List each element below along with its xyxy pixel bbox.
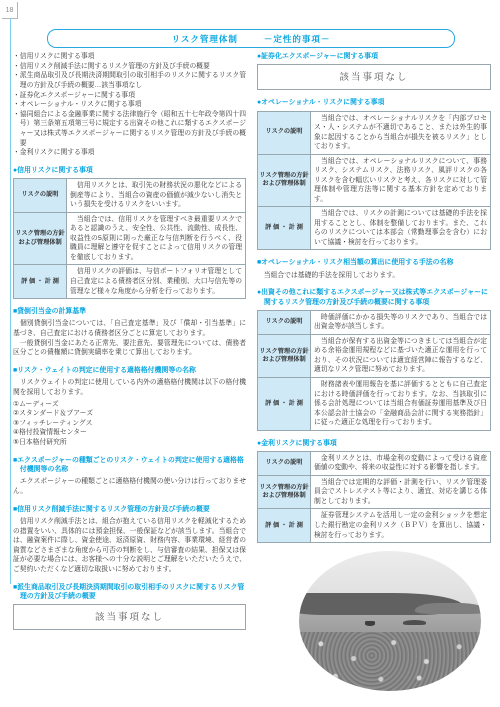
rating-by-type-body: エクスポージャーの種類ごとに適格格付機関の使い分けは行っておりません。 (13, 477, 246, 496)
table-row: リスク管理の方針 および管理体制 当組合が保有する出資金等につきましては当組合が… (258, 334, 491, 377)
rating-agency-list: ①ムーディーズ ②スタンダード＆プアーズ ③フィッチレーティングス ④格付投資情… (13, 400, 246, 448)
table-row: リスクの説明 時価評価にかかる損失等のリスクであり、当組合では出資金等が該当しま… (258, 310, 491, 334)
section-heading-mitigation: ■信用リスク削減手法に関するリスク管理の方針及び手続の概要 (13, 505, 246, 514)
table-row: 評 価 ・ 計 測 財務諸表や運用報告を基に評価するとともに自己査定における時価… (258, 378, 491, 431)
toc-list: ・信用リスクに関する事項 ・信用リスク削減手法に関するリスク管理の方針及び手続の… (13, 52, 246, 158)
toc-item: ・オペレーショナル・リスクに関する事項 (13, 100, 246, 110)
row-label-risk-policy: リスク管理の方針 および管理体制 (258, 154, 311, 207)
row-text: 信用リスクの評価は、与信ポートフォリオ管理として自己査定による債務者区分別、業種… (67, 265, 246, 299)
left-column: ・信用リスクに関する事項 ・信用リスク削減手法に関するリスク管理の方針及び手続の… (13, 52, 246, 634)
mitigation-body: 信用リスク削減手法とは、組合が抱えている信用リスクを軽減化するための措置をいい、… (13, 517, 246, 575)
table-row: リスク管理の方針 および管理体制 当組合では定期的な評価・計測を行い、リスク管理… (258, 475, 491, 509)
row-text: 当組合では、リスクの計測については基礎的手法を採用することとし、体制を整備してお… (311, 207, 491, 250)
section-heading-derivatives: ■派生商品取引及び長期決済期間取引の取引相手のリスクに関するリスク管理の方針及び… (13, 583, 246, 602)
allowance-body: 個別貸倒引当金については、「自己査定基準」及び「償却・引当基準」に基づき、自己査… (13, 319, 246, 358)
toc-item: ・協同組合による金融事業に関する法律施行令（昭和五十七年政令第四十四号）第三条第… (13, 110, 246, 149)
row-text: 金利リスクとは、市場金利の変動によって受ける資産価値の変動や、将来の収益性に対す… (311, 451, 491, 475)
row-text: 信用リスクとは、取引先の財務状況の悪化などによる倒産等により、当組合の資産の価値… (67, 179, 246, 213)
op-method-body: 当組合では基礎的手法を採用しております。 (257, 271, 491, 281)
row-label-risk-eval: 評 価 ・ 計 測 (14, 265, 67, 299)
table-row: リスクの説明 金利リスクとは、市場金利の変動によって受ける資産価値の変動や、将来… (258, 451, 491, 475)
section-heading-credit-risk: ●信用リスクに関する事項 (13, 166, 246, 175)
row-label-risk-policy: リスク管理の方針 および管理体制 (14, 212, 67, 265)
row-label-risk-desc: リスクの説明 (14, 179, 67, 213)
row-label-risk-policy: リスク管理の方針 および管理体制 (258, 334, 311, 377)
rating-agency-item: ②スタンダード＆プアーズ (13, 409, 246, 419)
securitization-na-box: 該当事項なし (257, 64, 491, 90)
equity-exposure-table: リスクの説明 時価評価にかかる損失等のリスクであり、当組合では出資金等が該当しま… (257, 310, 491, 431)
page-title: リスク管理体制 (172, 33, 238, 45)
section-heading-operational-risk: ●オペレーショナル・リスクに関する事項 (257, 98, 491, 107)
toc-item: ・信用リスクに関する事項 (13, 52, 246, 62)
table-row: リスク管理の方針 および管理体制 当組合では、オペレーショナルリスクについて、事… (258, 154, 491, 207)
row-text: 当組合では定期的な評価・計測を行い、リスク管理委員会でストレステスト等により、適… (311, 475, 491, 509)
operational-risk-table: リスクの説明 当組合では、オペレーショナルリスクを「内部プロセス・人・システムが… (257, 111, 491, 251)
left-margin-rule (10, 18, 11, 584)
rating-agency-item: ④格付投資情報センター (13, 428, 246, 438)
right-column: ●証券化エクスポージャーに関する事項 該当事項なし ●オペレーショナル・リスクに… (257, 52, 491, 545)
row-label-risk-desc: リスクの説明 (258, 111, 311, 154)
section-heading-equity-exposure: ●出資その他これに類するエクスポージャー又は株式等エクスポージャーに関するリスク… (257, 288, 491, 307)
credit-risk-table: リスクの説明 信用リスクとは、取引先の財務状況の悪化などによる倒産等により、当組… (13, 178, 246, 299)
row-text: 当組合では、信用リスクを管理すべき最重要リスクであると認識のうえ、安全性、公共性… (67, 212, 246, 265)
toc-item: ・派生商品取引及び長期決済期間取引の取引相手のリスクに関するリスク管理の方針及び… (13, 71, 246, 90)
table-row: 評 価 ・ 計 測 信用リスクの評価は、与信ポートフォリオ管理として自己査定によ… (14, 265, 246, 299)
section-heading-allowance: ■貸倒引当金の計算基準 (13, 307, 246, 316)
table-row: リスク管理の方針 および管理体制 当組合では、信用リスクを管理すべき最重要リスク… (14, 212, 246, 265)
row-text: 当組合では、オペレーショナルリスクについて、事務リスク、システムリスク、法務リス… (311, 154, 491, 207)
row-label-risk-eval: 評 価 ・ 計 測 (258, 207, 311, 250)
toc-item: ・信用リスク削減手法に関するリスク管理の方針及び手続の概要 (13, 62, 246, 72)
section-heading-rating-agencies: ■リスク・ウェイトの判定に使用する適格格付機関等の名称 (13, 366, 246, 375)
row-label-risk-eval: 評 価 ・ 計 測 (258, 378, 311, 431)
table-row: リスクの説明 信用リスクとは、取引先の財務状況の悪化などによる倒産等により、当組… (14, 179, 246, 213)
na-label: 該当事項なし (339, 71, 408, 84)
row-text: 時価評価にかかる損失等のリスクであり、当組合では出資金等が該当します。 (311, 310, 491, 334)
table-row: 評 価 ・ 計 測 証券管理システムを活用し一定の金利ショックを想定した銀行勘定… (258, 509, 491, 543)
photo-islet (403, 620, 427, 626)
table-row: 評 価 ・ 計 測 当組合では、リスクの計測については基礎的手法を採用することと… (258, 207, 491, 250)
toc-item: ・証券化エクスポージャーに関する事項 (13, 91, 246, 101)
row-label-risk-desc: リスクの説明 (258, 310, 311, 334)
photo-boat (365, 621, 376, 626)
row-text: 当組合では、オペレーショナルリスクを「内部プロセス・人・システムが不適切であるこ… (311, 111, 491, 154)
section-heading-rating-by-type: ■エクスポージャーの種類ごとのリスク・ウェイトの判定に使用する適格格付機関等の名… (13, 456, 246, 475)
na-label: 該当事項なし (95, 611, 164, 624)
interest-risk-table: リスクの説明 金利リスクとは、市場金利の変動によって受ける資産価値の変動や、将来… (257, 451, 491, 543)
rating-body: リスクウェイトの判定に使用している内外の適格格付機関は以下の格付機関を採用してお… (13, 378, 246, 397)
toc-item: ・金利リスクに関する事項 (13, 148, 246, 158)
row-label-risk-desc: リスクの説明 (258, 451, 311, 475)
page-subtitle: －定性的事項－ (264, 33, 331, 45)
document-page: 18 リスク管理体制 －定性的事項－ ・信用リスクに関する事項 ・信用リスク削減… (0, 0, 500, 707)
row-label-risk-policy: リスク管理の方針 および管理体制 (258, 475, 311, 509)
rating-agency-item: ③フィッチレーティングス (13, 419, 246, 429)
section-heading-securitization: ●証券化エクスポージャーに関する事項 (257, 52, 491, 61)
derivatives-na-box: 該当事項なし (13, 604, 246, 630)
page-header-bar: リスク管理体制 －定性的事項－ (47, 29, 455, 48)
row-label-risk-eval: 評 価 ・ 計 測 (258, 509, 311, 543)
coastal-landscape-photo (299, 551, 481, 691)
page-number: 18 (2, 2, 18, 19)
section-heading-op-method: ■オペレーショナル・リスク相当額の算出に使用する手法の名称 (257, 258, 491, 267)
row-text: 証券管理システムを活用し一定の金利ショックを想定した銀行勘定の金利リスク（ＢＰＶ… (311, 509, 491, 543)
row-text: 当組合が保有する出資金等につきましては当組合が定める余裕金運用規程などに基づいた… (311, 334, 491, 377)
table-row: リスクの説明 当組合では、オペレーショナルリスクを「内部プロセス・人・システムが… (258, 111, 491, 154)
photo-far-headland (415, 603, 481, 614)
rating-agency-item: ⑤日本格付研究所 (13, 438, 246, 448)
section-heading-interest-risk: ●金利リスクに関する事項 (257, 439, 491, 448)
rating-agency-item: ①ムーディーズ (13, 400, 246, 410)
photo-flower-field (299, 632, 481, 691)
row-text: 財務諸表や運用報告を基に評価するとともに自己査定における時価評価を行っております… (311, 378, 491, 431)
